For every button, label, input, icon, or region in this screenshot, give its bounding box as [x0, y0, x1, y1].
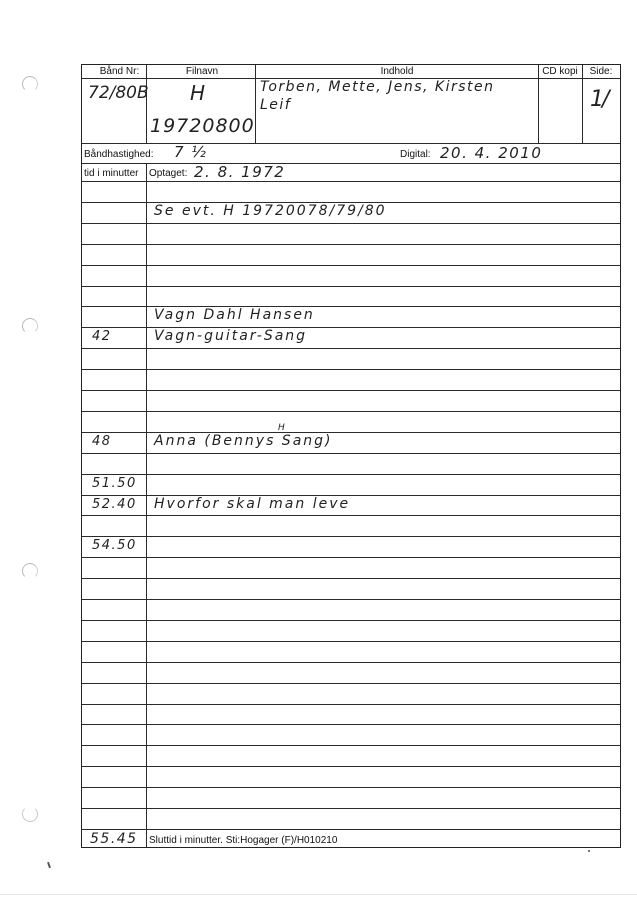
row-divider [82, 286, 620, 287]
indhold-line1: Torben, Mette, Jens, Kirsten [260, 79, 495, 95]
filnavn-prefix: H [190, 81, 207, 105]
header-indhold: Indhold [256, 66, 538, 77]
row-divider [82, 787, 620, 788]
row-divider [82, 641, 620, 642]
row-time: 48 [92, 434, 112, 449]
row-content: Vagn-guitar-Sang [154, 328, 307, 344]
row-divider [82, 265, 620, 266]
row-divider [82, 244, 620, 245]
row-divider [82, 536, 620, 537]
row-annotation: H [278, 423, 286, 433]
row-content: Anna (Bennys Sang) [154, 433, 333, 449]
header-filnavn: Filnavn [148, 66, 256, 77]
punch-hole [22, 806, 38, 822]
row-divider [82, 557, 620, 558]
header-side: Side: [582, 66, 620, 77]
optaget-label: Optaget: [149, 168, 187, 179]
tid-label: tid i minutter [84, 168, 138, 179]
punch-hole [22, 563, 38, 579]
digital-value: 20. 4. 2010 [440, 144, 542, 162]
row-divider [82, 745, 620, 746]
row-content: Hvorfor skal man leve [154, 496, 350, 512]
row-divider [82, 390, 620, 391]
row-divider [82, 724, 620, 725]
digital-label: Digital: [400, 149, 431, 160]
row-divider [82, 369, 620, 370]
side-value: 1/ [590, 87, 607, 112]
row-divider [82, 683, 620, 684]
row-time: 42 [92, 329, 112, 344]
page-edge [0, 894, 637, 895]
indhold-line2: Leif [260, 97, 291, 113]
bandhastighed-value: 7 ½ [174, 143, 207, 161]
row-divider [82, 515, 620, 516]
filnavn-number: 19720800 [150, 115, 255, 137]
row-divider [82, 808, 620, 809]
header-cd-kopi: CD kopi [538, 66, 582, 77]
row-time: 54.50 [92, 538, 137, 553]
tape-log-form: Bånd Nr: Filnavn Indhold CD kopi Side: 7… [81, 64, 621, 848]
row-content: Se evt. H 19720078/79/80 [154, 203, 387, 219]
end-time: 55.45 [90, 831, 138, 847]
band-nr-value: 72/80B [88, 83, 149, 103]
row-divider [82, 348, 620, 349]
punch-hole [22, 76, 38, 92]
row-divider [82, 620, 620, 621]
row-content: Vagn Dahl Hansen [154, 307, 315, 323]
row-divider [82, 578, 620, 579]
sluttid-text: Sluttid i minutter. Sti:Hogager (F)/H010… [149, 835, 337, 846]
row-time: 51.50 [92, 476, 137, 491]
optaget-value: 2. 8. 1972 [194, 163, 285, 181]
row-divider [82, 599, 620, 600]
row-divider [82, 829, 620, 830]
header-band-nr: Bånd Nr: [92, 66, 147, 77]
row-time: 52.40 [92, 497, 137, 512]
row-divider [82, 453, 620, 454]
bandhastighed-label: Båndhastighed: [84, 149, 154, 160]
punch-hole [22, 318, 38, 334]
row-divider [82, 223, 620, 224]
row-divider [82, 662, 620, 663]
row-divider [82, 411, 620, 412]
row-divider [82, 704, 620, 705]
row-divider [82, 474, 620, 475]
scan-mark [47, 862, 51, 868]
row-divider [82, 766, 620, 767]
scan-speck [588, 850, 590, 852]
